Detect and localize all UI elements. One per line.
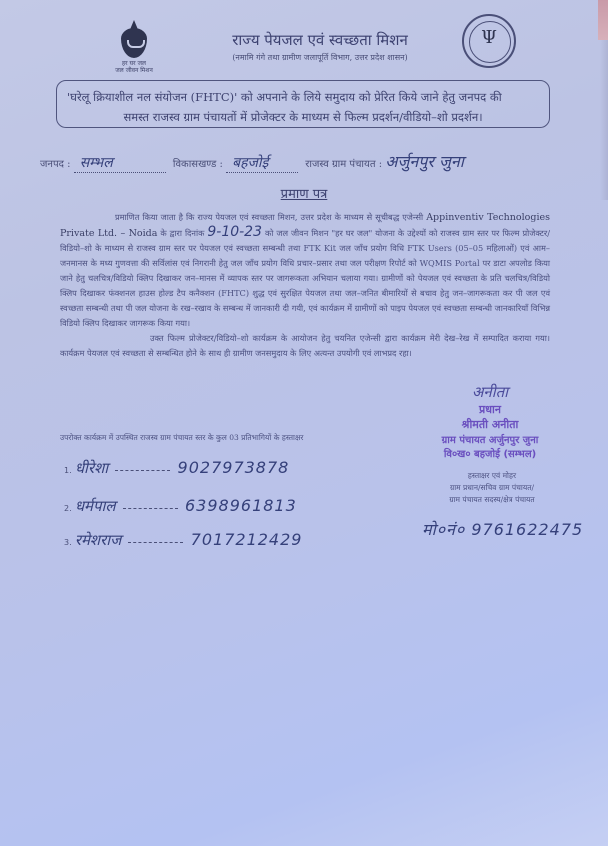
participant-row: 3. रमेशराज 7017212429 (64, 530, 302, 550)
emblem-bow-glyph: Ψ (464, 27, 514, 48)
participants-intro: उपरोक्त कार्यक्रम में उपस्थित राजस्व ग्र… (60, 432, 370, 444)
panchayat-label: राजस्व ग्राम पंचायत : (305, 156, 382, 170)
subject-box: 'घरेलू क्रियाशील नल संयोजन (FHTC)' को अप… (56, 80, 550, 128)
para1-part-b: के द्वारा दिनांक (160, 228, 204, 238)
participant-name: धीरेशा (75, 459, 108, 477)
participant-phone: 7017212429 (191, 530, 303, 549)
para1-part-a: प्रमाणित किया जाता है कि राज्य पेयजल एवं… (115, 212, 423, 222)
logo-caption: हर घर जल जल जीवन मिशन (112, 60, 156, 74)
subject-line-2: समस्त राजस्व ग्राम पंचायतों में प्रोजेक्… (67, 107, 539, 127)
stamp-designation: प्रधान (400, 402, 580, 417)
participant-row: 1. धीरेशा 9027973878 (64, 458, 289, 478)
certificate-title: प्रमाण पत्र (0, 184, 608, 202)
para2: उक्त फिल्म प्रोजेक्टर/विडियो–शो कार्यक्र… (60, 333, 550, 358)
location-fields: जनपद : सम्भल विकासखण्ड : बहजोई राजस्व ग्… (40, 150, 464, 173)
dotted-line (128, 542, 183, 543)
panchayat-value: अर्जुनपुर जुना (385, 150, 464, 172)
pradhan-signature: अनीता (400, 382, 580, 402)
dotted-line (123, 508, 178, 509)
caption-line-2: ग्राम प्रधान/सचिव ग्राम पंचायत/ (412, 482, 572, 494)
participant-name: रमेशराज (75, 531, 121, 549)
up-government-emblem-icon: Ψ (462, 14, 516, 68)
caption-line-1: हस्ताक्षर एवं मोहर (412, 470, 572, 482)
participant-number: 2. (64, 504, 72, 513)
stamp-block: वि०ख० बहजोई (सम्भल) (400, 446, 580, 460)
logo-caption-line: जल जीवन मिशन (112, 67, 156, 74)
participant-number: 1. (64, 466, 72, 475)
district-label: जनपद : (40, 156, 71, 170)
program-date: 9-10-23 (207, 224, 262, 240)
participant-phone: 9027973878 (178, 458, 290, 477)
caption-line-3: ग्राम पंचायत सदस्य/क्षेत्र पंचायत (412, 494, 572, 506)
document-header-title: राज्य पेयजल एवं स्वच्छता मिशन (180, 30, 460, 50)
mobile-number: 9761622475 (471, 520, 583, 539)
participant-name: धर्मपाल (75, 497, 116, 515)
district-value: सम्भल (74, 153, 166, 173)
para1-part-c: को जल जीवन मिशन "हर घर जल" योजना के उद्द… (60, 228, 550, 328)
document-header-subtitle: (नमामि गंगे तथा ग्रामीण जलापूर्ति विभाग,… (170, 52, 470, 63)
subject-line-1: 'घरेलू क्रियाशील नल संयोजन (FHTC)' को अप… (67, 87, 539, 107)
mobile-label: मो०नं० (422, 520, 465, 539)
logo-caption-line: हर घर जल (112, 60, 156, 67)
background-object-edge (598, 0, 608, 40)
stamp-name: श्रीमती अनीता (400, 417, 580, 432)
signatory-caption: हस्ताक्षर एवं मोहर ग्राम प्रधान/सचिव ग्र… (412, 470, 572, 506)
block-label: विकासखण्ड : (173, 156, 223, 170)
stamp-panchayat: ग्राम पंचायत अर्जुनपुर जुना (400, 432, 580, 446)
participant-number: 3. (64, 538, 72, 547)
participant-phone: 6398961813 (185, 496, 297, 515)
water-drop-tap-icon (121, 28, 147, 58)
block-value: बहजोई (226, 153, 298, 173)
dotted-line (115, 470, 170, 471)
pradhan-stamp: अनीता प्रधान श्रीमती अनीता ग्राम पंचायत … (400, 382, 580, 460)
paper-edge-shadow (600, 40, 608, 200)
signatory-mobile: मो०नं० 9761622475 (422, 518, 583, 540)
certificate-body: प्रमाणित किया जाता है कि राज्य पेयजल एवं… (60, 210, 550, 361)
participant-row: 2. धर्मपाल 6398961813 (64, 496, 297, 516)
